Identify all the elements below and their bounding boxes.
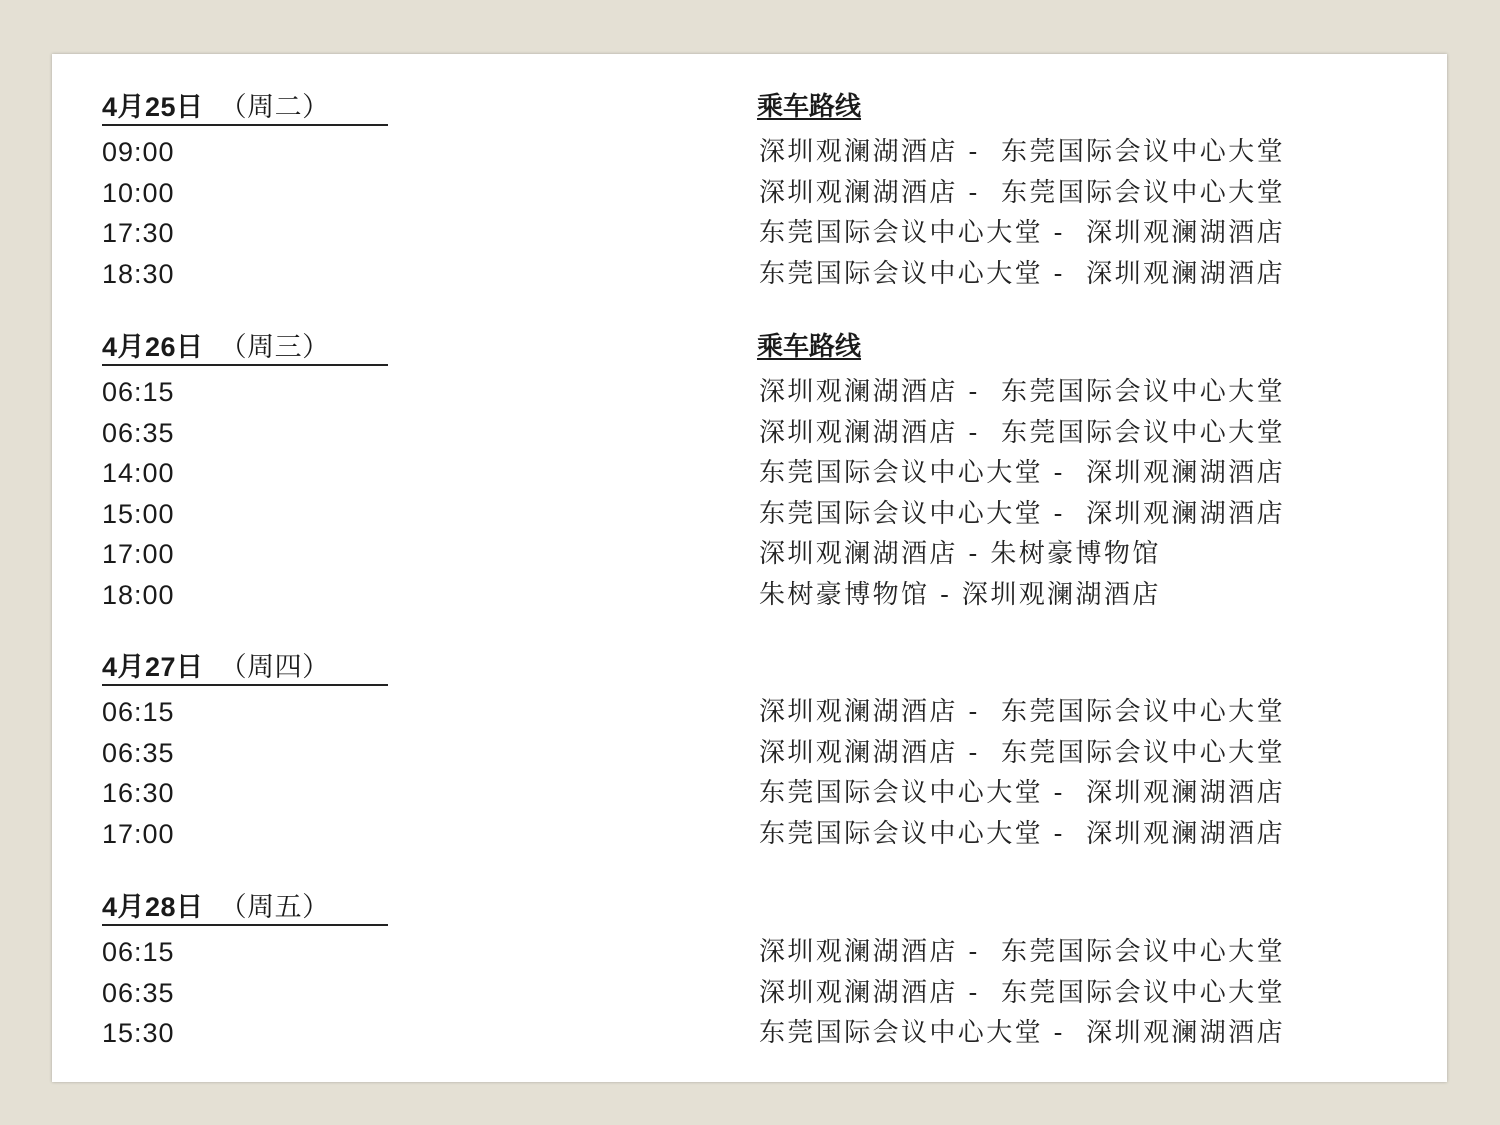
trip-time: 17:00 (102, 814, 175, 854)
trip-time: 18:00 (102, 575, 175, 615)
trip-time: 09:00 (102, 132, 175, 172)
trip-time: 06:35 (102, 973, 175, 1013)
weekday-label: （周五） (220, 892, 330, 922)
trip-time: 14:00 (102, 453, 175, 493)
trip-row: 10:00深圳观澜湖酒店 - 东莞国际会议中心大堂 (52, 173, 1447, 214)
trip-row: 06:15深圳观澜湖酒店 - 东莞国际会议中心大堂 (52, 372, 1447, 413)
date-header: 4月25日 （周二） (102, 92, 388, 126)
trip-time: 16:30 (102, 773, 175, 813)
trip-list: 06:15深圳观澜湖酒店 - 东莞国际会议中心大堂 06:35深圳观澜湖酒店 -… (52, 692, 1447, 854)
date-header: 4月27日 （周四） (102, 652, 388, 686)
shuttle-schedule-page: 4月25日 （周二） 乘车路线 09:00深圳观澜湖酒店 - 东莞国际会议中心大… (52, 54, 1447, 1082)
trip-row: 06:35深圳观澜湖酒店 - 东莞国际会议中心大堂 (52, 733, 1447, 774)
trip-route: 东莞国际会议中心大堂 - 深圳观澜湖酒店 (759, 1013, 1285, 1053)
route-header: 乘车路线 (757, 332, 861, 364)
trip-row: 06:35深圳观澜湖酒店 - 东莞国际会议中心大堂 (52, 413, 1447, 454)
date-header: 4月28日 （周五） (102, 892, 388, 926)
trip-route: 深圳观澜湖酒店 - 东莞国际会议中心大堂 (759, 932, 1285, 972)
trip-time: 17:30 (102, 213, 175, 253)
trip-row: 16:30东莞国际会议中心大堂 - 深圳观澜湖酒店 (52, 773, 1447, 814)
trip-route: 东莞国际会议中心大堂 - 深圳观澜湖酒店 (759, 453, 1285, 493)
trip-route: 东莞国际会议中心大堂 - 深圳观澜湖酒店 (759, 814, 1285, 854)
trip-row: 17:30东莞国际会议中心大堂 - 深圳观澜湖酒店 (52, 213, 1447, 254)
trip-route: 深圳观澜湖酒店 - 东莞国际会议中心大堂 (759, 733, 1285, 773)
trip-time: 06:15 (102, 692, 175, 732)
route-header: 乘车路线 (757, 92, 861, 124)
date-label: 4月25日 (102, 92, 204, 122)
trip-route: 东莞国际会议中心大堂 - 深圳观澜湖酒店 (759, 254, 1285, 294)
trip-row: 06:15深圳观澜湖酒店 - 东莞国际会议中心大堂 (52, 692, 1447, 733)
trip-row: 09:00深圳观澜湖酒店 - 东莞国际会议中心大堂 (52, 132, 1447, 173)
trip-route: 深圳观澜湖酒店 - 东莞国际会议中心大堂 (759, 413, 1285, 453)
trip-time: 15:30 (102, 1013, 175, 1053)
weekday-label: （周三） (220, 332, 330, 362)
trip-list: 06:15深圳观澜湖酒店 - 东莞国际会议中心大堂 06:35深圳观澜湖酒店 -… (52, 932, 1447, 1054)
trip-time: 15:00 (102, 494, 175, 534)
trip-route: 深圳观澜湖酒店 - 朱树豪博物馆 (759, 534, 1161, 574)
trip-row: 17:00东莞国际会议中心大堂 - 深圳观澜湖酒店 (52, 814, 1447, 855)
date-header: 4月26日 （周三） (102, 332, 388, 366)
trip-time: 10:00 (102, 173, 175, 213)
trip-time: 06:15 (102, 372, 175, 412)
trip-time: 06:15 (102, 932, 175, 972)
trip-row: 06:15深圳观澜湖酒店 - 东莞国际会议中心大堂 (52, 932, 1447, 973)
date-label: 4月28日 (102, 892, 204, 922)
trip-time: 18:30 (102, 254, 175, 294)
trip-row: 15:30东莞国际会议中心大堂 - 深圳观澜湖酒店 (52, 1013, 1447, 1054)
trip-route: 东莞国际会议中心大堂 - 深圳观澜湖酒店 (759, 773, 1285, 813)
trip-list: 06:15深圳观澜湖酒店 - 东莞国际会议中心大堂 06:35深圳观澜湖酒店 -… (52, 372, 1447, 615)
trip-row: 18:30东莞国际会议中心大堂 - 深圳观澜湖酒店 (52, 254, 1447, 295)
trip-route: 深圳观澜湖酒店 - 东莞国际会议中心大堂 (759, 372, 1285, 412)
trip-row: 15:00东莞国际会议中心大堂 - 深圳观澜湖酒店 (52, 494, 1447, 535)
trip-route: 东莞国际会议中心大堂 - 深圳观澜湖酒店 (759, 213, 1285, 253)
trip-route: 朱树豪博物馆 - 深圳观澜湖酒店 (759, 575, 1161, 615)
trip-route: 深圳观澜湖酒店 - 东莞国际会议中心大堂 (759, 973, 1285, 1013)
trip-row: 14:00东莞国际会议中心大堂 - 深圳观澜湖酒店 (52, 453, 1447, 494)
trip-row: 06:35深圳观澜湖酒店 - 东莞国际会议中心大堂 (52, 973, 1447, 1014)
trip-list: 09:00深圳观澜湖酒店 - 东莞国际会议中心大堂 10:00深圳观澜湖酒店 -… (52, 132, 1447, 294)
trip-route: 深圳观澜湖酒店 - 东莞国际会议中心大堂 (759, 132, 1285, 172)
weekday-label: （周二） (220, 92, 330, 122)
trip-time: 17:00 (102, 534, 175, 574)
weekday-label: （周四） (220, 652, 330, 682)
date-label: 4月26日 (102, 332, 204, 362)
trip-row: 18:00朱树豪博物馆 - 深圳观澜湖酒店 (52, 575, 1447, 616)
trip-time: 06:35 (102, 733, 175, 773)
trip-route: 深圳观澜湖酒店 - 东莞国际会议中心大堂 (759, 173, 1285, 213)
trip-time: 06:35 (102, 413, 175, 453)
date-label: 4月27日 (102, 652, 204, 682)
trip-route: 深圳观澜湖酒店 - 东莞国际会议中心大堂 (759, 692, 1285, 732)
trip-row: 17:00深圳观澜湖酒店 - 朱树豪博物馆 (52, 534, 1447, 575)
trip-route: 东莞国际会议中心大堂 - 深圳观澜湖酒店 (759, 494, 1285, 534)
